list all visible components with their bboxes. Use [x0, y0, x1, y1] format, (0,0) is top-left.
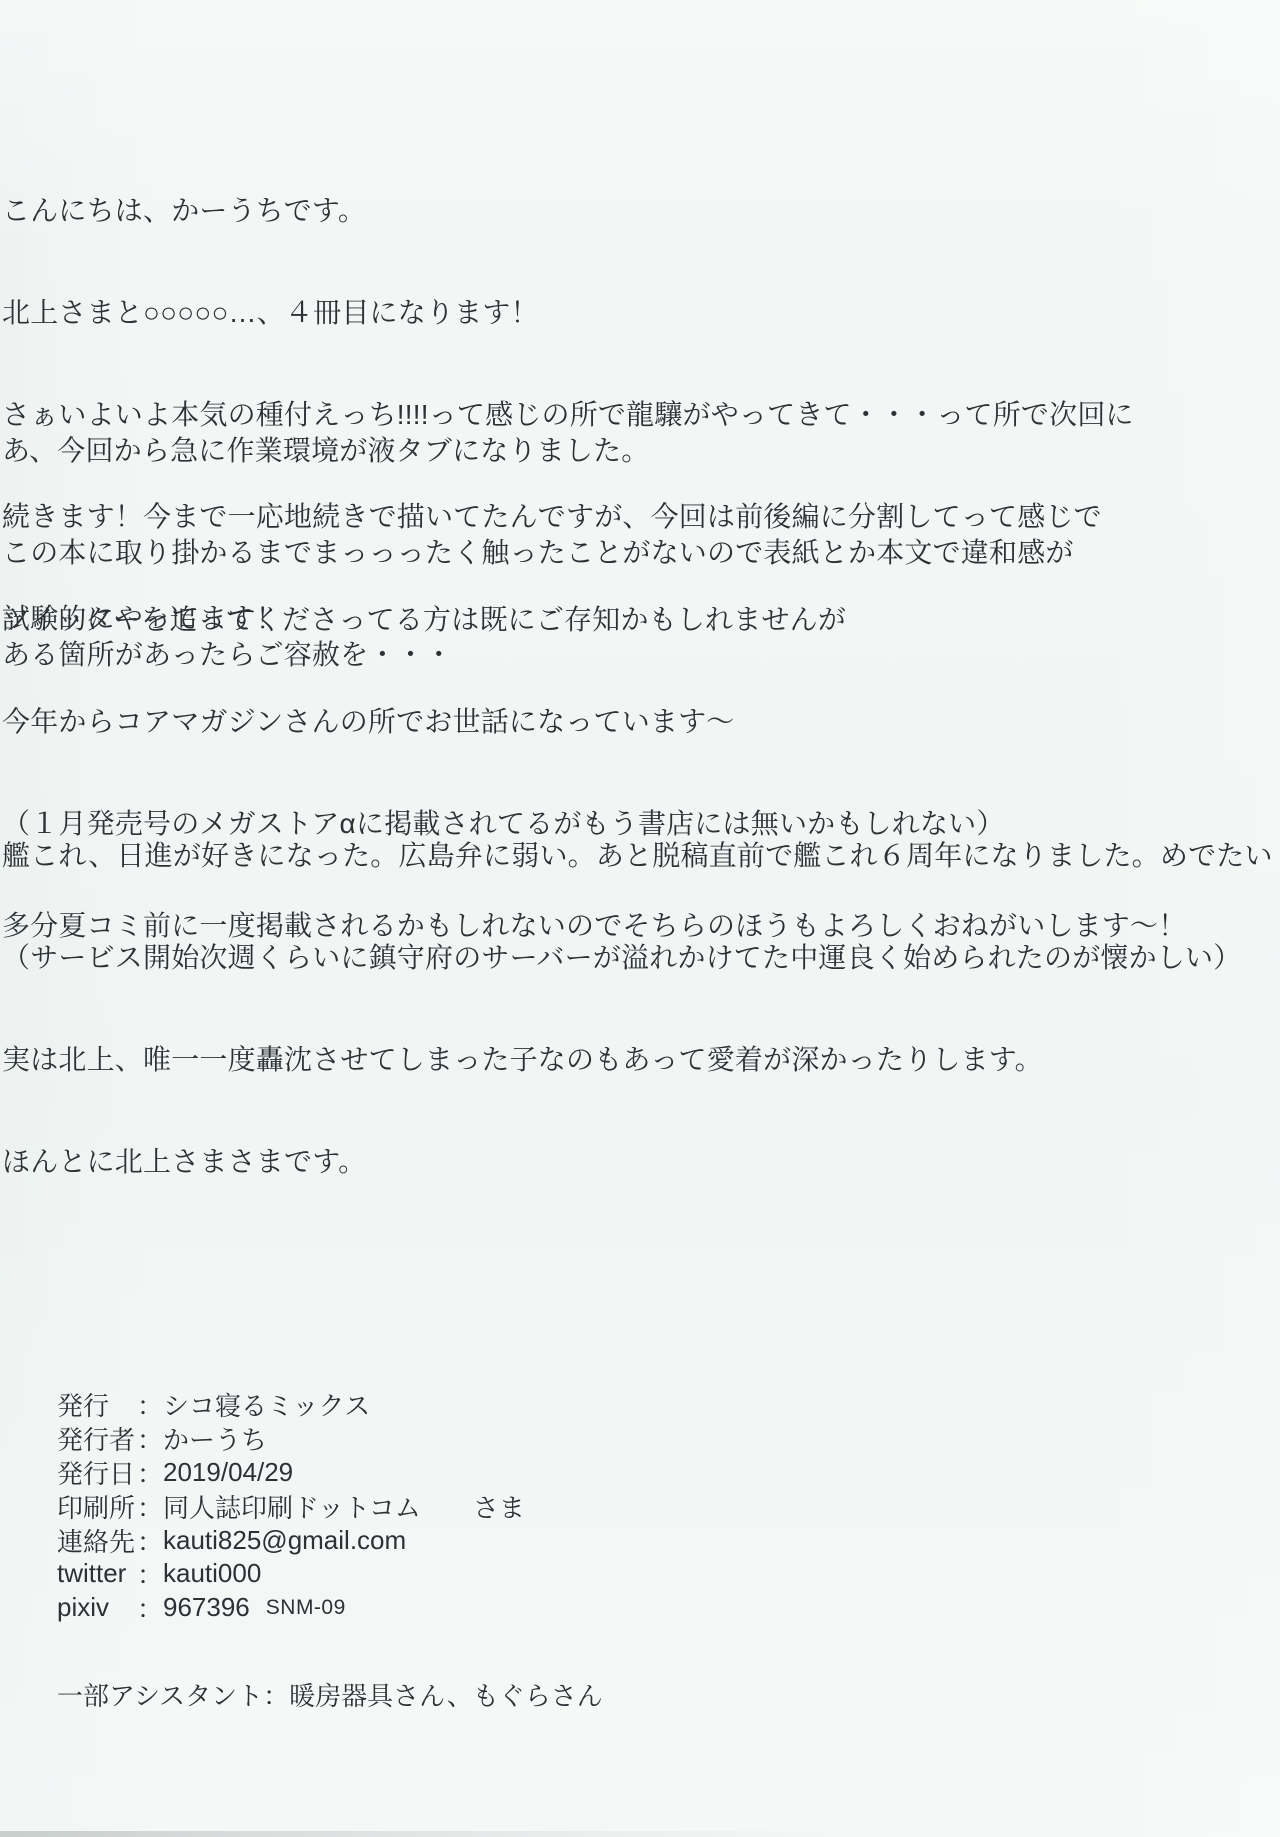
text-line: 今年からコアマガジンさんの所でお世話になっています～ — [2, 705, 1186, 739]
text-line: （サービス開始次週くらいに鎮守府のサーバーが溢れかけてた中運良く始められたのが懐… — [2, 941, 1273, 975]
colophon-value: 967396 — [163, 1592, 250, 1623]
colophon-label: 発行日 — [57, 1454, 137, 1491]
colophon: 発行：シコ寝るミックス 発行者：かーうち 発行日：2019/04/29 印刷所：… — [57, 1388, 525, 1625]
text-line: 実は北上、唯一一度轟沈させてしまった子なのもあって愛着が深かったりします。 — [2, 1043, 1273, 1077]
colophon-value: シコ寝るミックス — [163, 1386, 370, 1423]
colophon-colon: ： — [137, 1522, 163, 1559]
colophon-colon: ： — [137, 1454, 163, 1491]
colophon-label: 発行 — [57, 1386, 137, 1423]
colophon-row-author: 発行者：かーうち — [57, 1422, 525, 1456]
colophon-label: 印刷所 — [57, 1488, 137, 1525]
colophon-colon: ： — [137, 1420, 163, 1457]
colophon-row-contact: 連絡先：kauti825@gmail.com — [57, 1523, 525, 1557]
text-line: 艦これ、日進が好きになった。広島弁に弱い。あと脱稿直前で艦これ６周年になりました… — [2, 839, 1273, 873]
colophon-label: 連絡先 — [57, 1522, 137, 1559]
scan-page: こんにちは、かーうちです。 北上さまと○○○○○…、４冊目になります！ さぁいよ… — [0, 0, 1280, 1837]
colophon-row-publisher: 発行：シコ寝るミックス — [57, 1388, 525, 1422]
colophon-value: かーうち — [163, 1420, 267, 1457]
colophon-label: twitter — [57, 1558, 137, 1589]
text-line: ほんとに北上さまさまです。 — [2, 1145, 1273, 1179]
colophon-colon: ： — [137, 1555, 163, 1592]
colophon-label: pixiv — [57, 1592, 137, 1623]
text-line: あ、今回から急に作業環境が液タブになりました。 — [2, 434, 1074, 468]
colophon-row-printer: 印刷所：同人誌印刷ドットコム さま — [57, 1489, 525, 1523]
colophon-colon: ： — [137, 1488, 163, 1525]
colophon-note: SNM-09 — [266, 1596, 346, 1620]
colophon-row-pixiv: pixiv：967396SNM-09 — [57, 1591, 525, 1625]
colophon-colon: ： — [137, 1386, 163, 1423]
text-line: 北上さまと○○○○○…、４冊目になります！ — [2, 296, 1134, 330]
colophon-row-date: 発行日：2019/04/29 — [57, 1456, 525, 1490]
colophon-label: 発行者 — [57, 1420, 137, 1457]
colophon-value: kauti000 — [163, 1558, 261, 1589]
afterword-paragraph-4: 艦これ、日進が好きになった。広島弁に弱い。あと脱稿直前で艦これ６周年になりました… — [2, 771, 1273, 1247]
text-line: ツイッターを追ってくださってる方は既にご存知かもしれませんが — [2, 603, 1186, 637]
colophon-colon: ： — [137, 1589, 163, 1626]
colophon-row-twitter: twitter：kauti000 — [57, 1557, 525, 1591]
assistant-credit: 一部アシスタント：暖房器具さん、もぐらさん — [57, 1676, 603, 1713]
text-line: こんにちは、かーうちです。 — [2, 194, 1134, 228]
colophon-value: kauti825@gmail.com — [163, 1525, 406, 1556]
colophon-value: 2019/04/29 — [163, 1457, 293, 1488]
colophon-value: 同人誌印刷ドットコム さま — [163, 1488, 525, 1525]
